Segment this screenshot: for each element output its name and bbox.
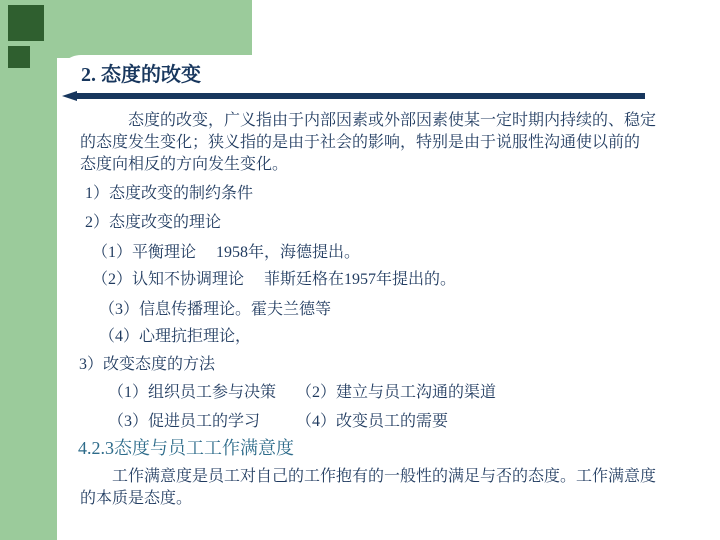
theory-item-2: （2）认知不协调理论 菲斯廷格在1957年提出的。 — [92, 270, 456, 290]
method-item-3: （3）促进员工的学习 — [108, 412, 260, 432]
outline-item-1: 1）态度改变的制约条件 — [85, 184, 253, 204]
theory-item-4: （4）心理抗拒理论， — [99, 327, 251, 347]
definition-line-2: 的态度发生变化；狭义指的是由于社会的影响，特别是由于说服性沟通使以前的 — [80, 133, 640, 153]
theory-item-1: （1）平衡理论 1958年，海德提出。 — [92, 243, 360, 263]
slide-title: 2. 态度的改变 — [81, 63, 201, 87]
definition-line-3: 态度向相反的方向发生变化。 — [80, 155, 288, 175]
divider-arrow-icon — [62, 91, 77, 101]
green-side-bar — [0, 0, 57, 540]
closing-line-2: 的本质是态度。 — [80, 489, 192, 509]
method-item-4: （4）改变员工的需要 — [296, 412, 448, 432]
decor-square-small — [8, 46, 30, 68]
presentation-slide: 2. 态度的改变 态度的改变，广义指由于内部因素或外部因素使某一定时期内持续的、… — [0, 0, 720, 540]
divider-line — [76, 93, 645, 99]
subsection-heading: 4.2.3态度与员工工作满意度 — [78, 437, 294, 459]
closing-line-1: 工作满意度是员工对自己的工作抱有的一般性的满足与否的态度。工作满意度 — [112, 467, 656, 487]
outline-item-2: 2）态度改变的理论 — [85, 213, 221, 233]
definition-line-1: 态度的改变，广义指由于内部因素或外部因素使某一定时期内持续的、稳定 — [128, 111, 656, 131]
outline-item-3: 3）改变态度的方法 — [79, 355, 215, 375]
method-item-2: （2）建立与员工沟通的渠道 — [296, 383, 496, 403]
method-item-1: （1）组织员工参与决策 — [108, 383, 276, 403]
decor-square-large — [8, 5, 44, 41]
theory-item-3: （3）信息传播理论。霍夫兰德等 — [99, 300, 331, 320]
